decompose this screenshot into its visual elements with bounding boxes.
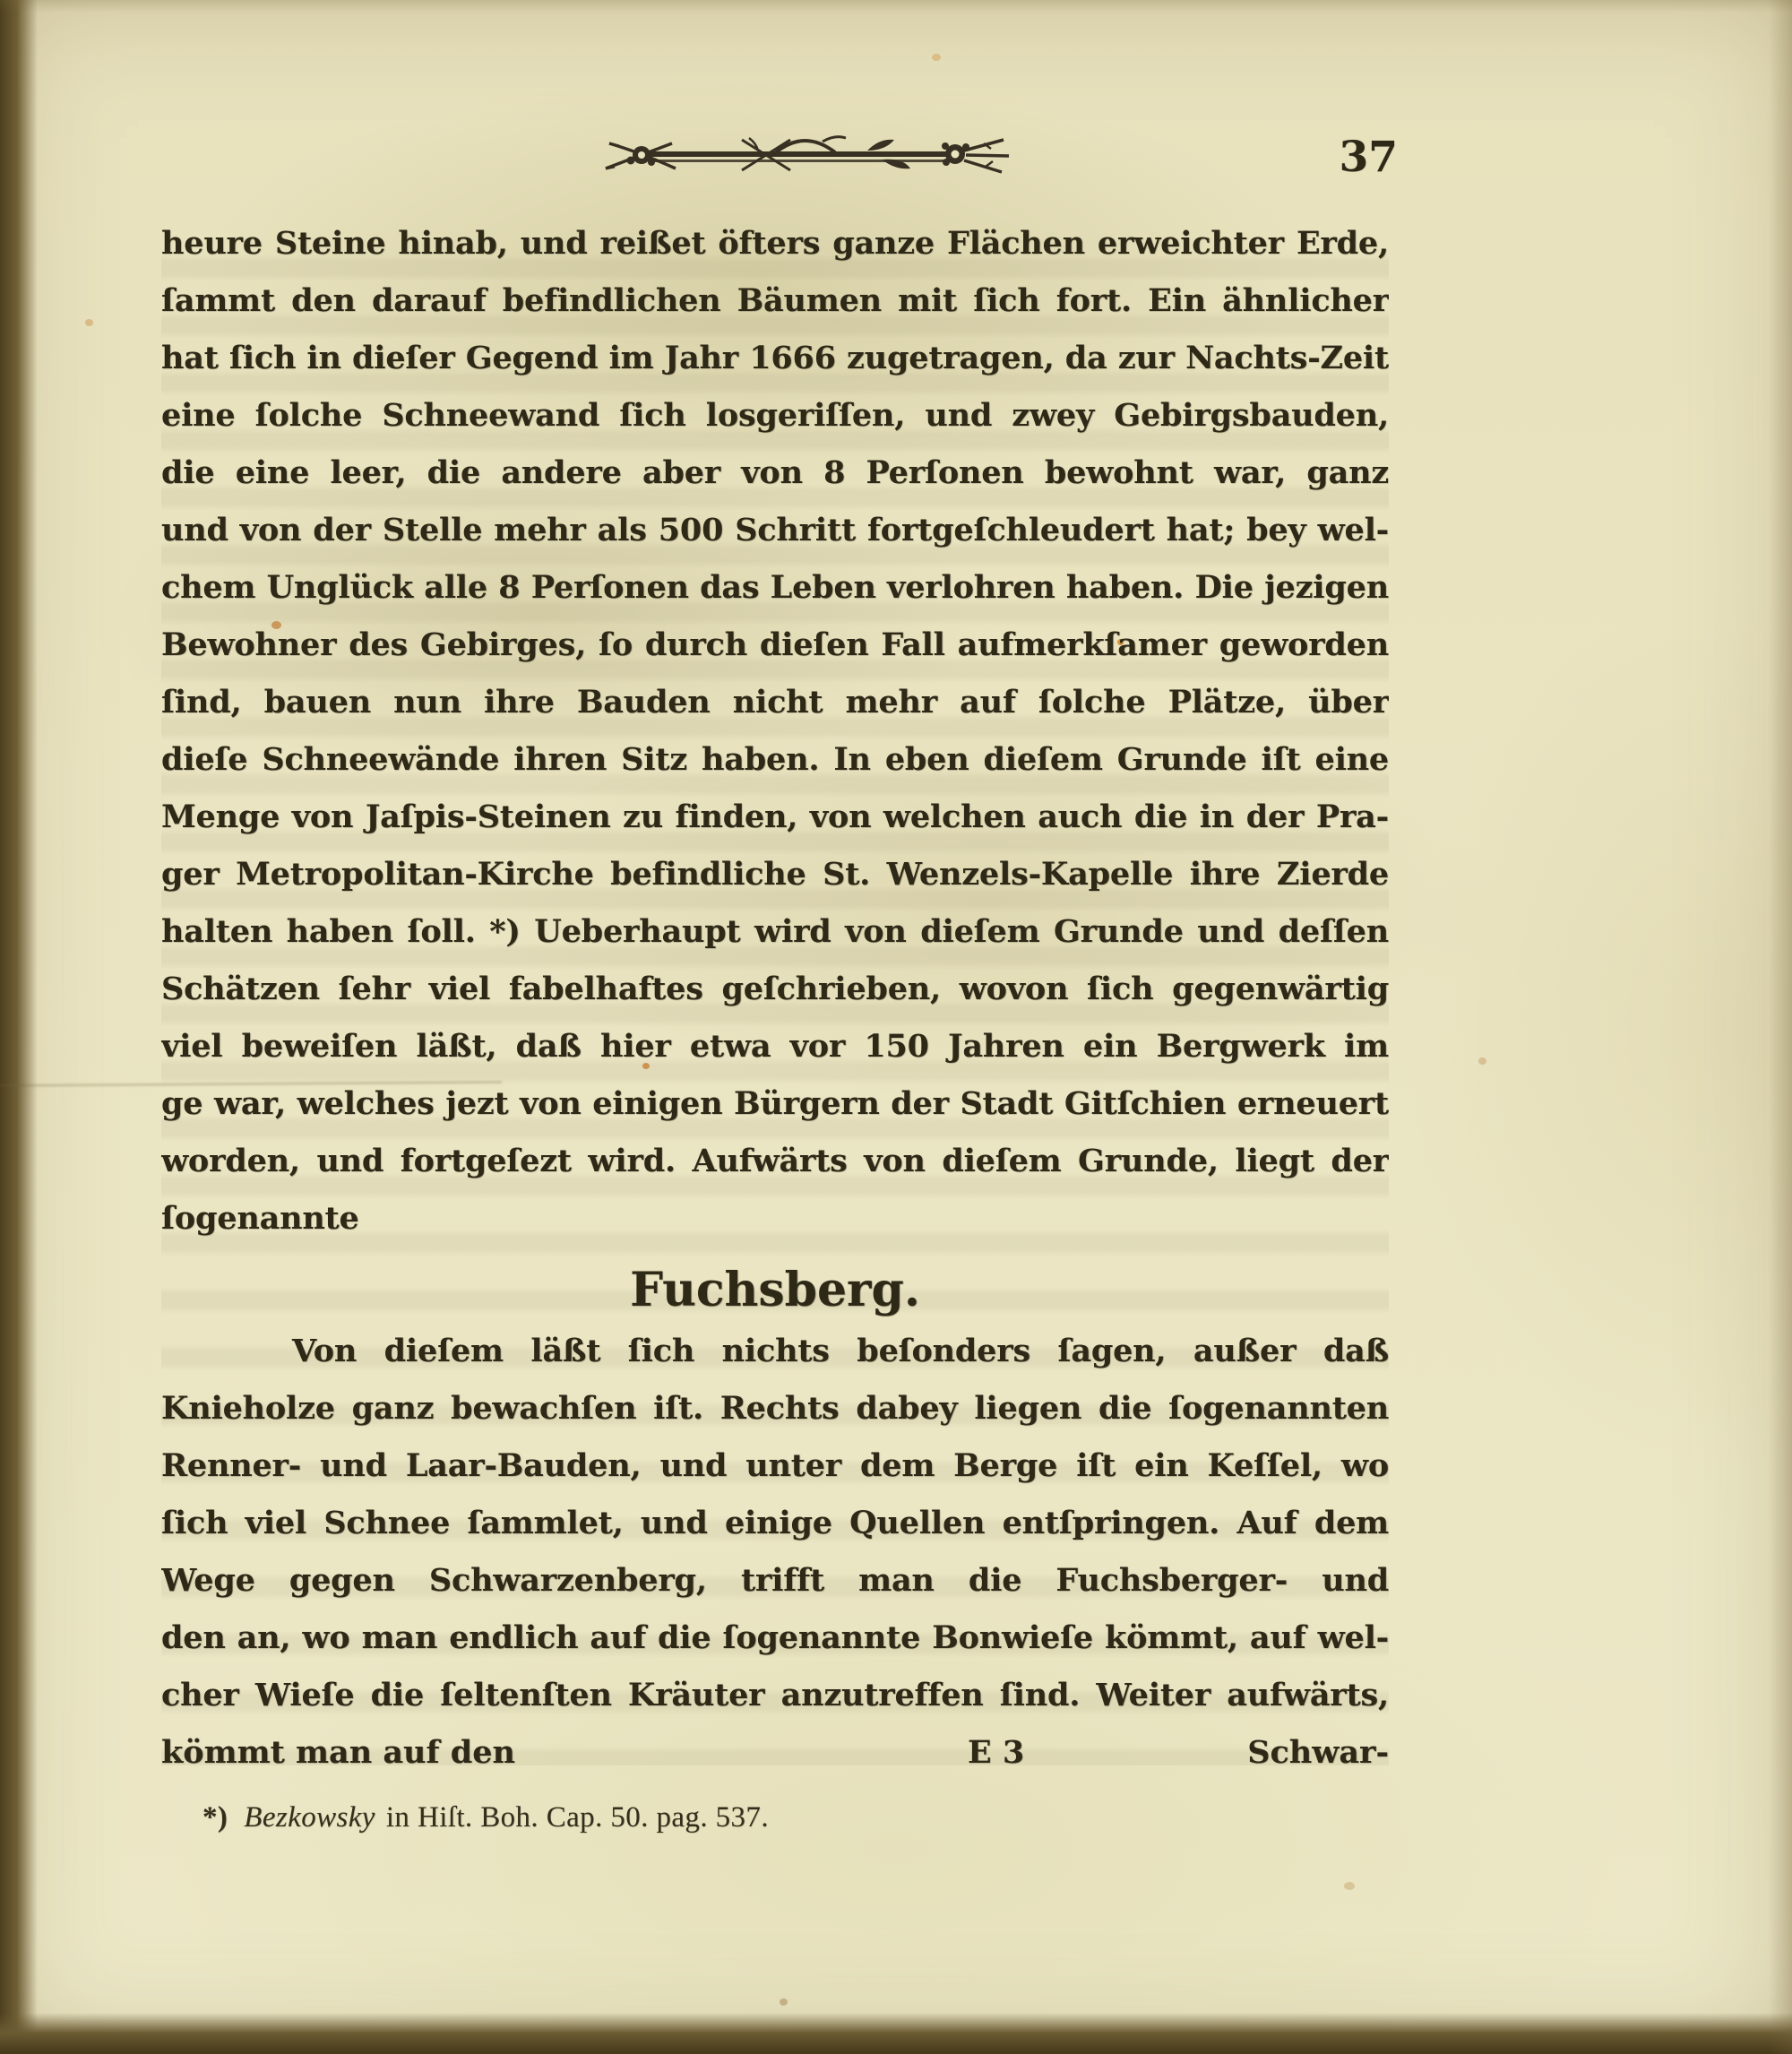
text-line: chem Unglück alle 8 Perſonen das Leben v… bbox=[161, 559, 1389, 617]
book-page: 37 heure Steine hinab, und reißet öfters… bbox=[0, 0, 1792, 2054]
text-line: die eine leer, die andere aber von 8 Per… bbox=[161, 444, 1389, 502]
page-edge-bottom bbox=[0, 2013, 1792, 2054]
paragraph-fuchsberg: Von dieſem läßt ſich nichts beſonders ſa… bbox=[161, 1323, 1389, 1724]
text-line: Renner- und Laar-Bauden, und unter dem B… bbox=[161, 1437, 1389, 1495]
footnote-reference: in Hiſt. Boh. Cap. 50. pag. 537. bbox=[386, 1801, 769, 1834]
foxing-spot bbox=[85, 319, 93, 326]
text-line: ſind, bauen nun ihre Bauden nicht mehr a… bbox=[161, 674, 1389, 731]
text-line: Von dieſem läßt ſich nichts beſonders ſa… bbox=[161, 1323, 1389, 1380]
text-line: Schätzen ſehr viel fabelhaftes geſchrieb… bbox=[161, 961, 1389, 1018]
text-line: worden, und fortgeſezt wird. Aufwärts vo… bbox=[161, 1133, 1389, 1190]
floral-rule-ornament-icon bbox=[599, 133, 1012, 181]
catchword: Schwar- bbox=[1247, 1724, 1389, 1782]
text-line: halten haben ſoll. *) Ueberhaupt wird vo… bbox=[161, 903, 1389, 961]
page-edge-left bbox=[0, 0, 38, 2054]
text-block: heure Steine hinab, und reißet öfters ga… bbox=[161, 215, 1389, 1839]
last-text-row: kömmt man auf den E 3 Schwar- bbox=[161, 1724, 1389, 1782]
last-line-text: kömmt man auf den bbox=[161, 1734, 515, 1771]
page-number: 37 bbox=[1290, 131, 1398, 185]
foxing-spot bbox=[1478, 1057, 1486, 1065]
footnote-author: Bezkowsky bbox=[244, 1801, 375, 1834]
text-line: Menge von Jaſpis-Steinen zu finden, von … bbox=[161, 789, 1389, 846]
text-line: und von der Stelle mehr als 500 Schritt … bbox=[161, 502, 1389, 559]
text-line: den an, wo man endlich auf die ſogenannt… bbox=[161, 1610, 1389, 1667]
text-line: hat ſich in dieſer Gegend im Jahr 1666 z… bbox=[161, 330, 1389, 387]
text-line: eine ſolche Schneewand ſich losgeriſſen,… bbox=[161, 387, 1389, 444]
foxing-spot bbox=[1344, 1882, 1355, 1890]
footnote: *)Bezkowskyin Hiſt. Boh. Cap. 50. pag. 5… bbox=[161, 1796, 1389, 1839]
text-line: dieſe Schneewände ihren Sitz haben. In e… bbox=[161, 731, 1389, 789]
text-line: Bewohner des Gebirges, ſo durch dieſen F… bbox=[161, 617, 1389, 674]
text-line: ſogenannte bbox=[161, 1190, 1389, 1247]
footnote-marker: *) bbox=[202, 1801, 228, 1834]
text-line: cher Wieſe die ſeltenſten Kräuter anzutr… bbox=[161, 1667, 1389, 1724]
text-line: ger Metropolitan-Kirche befindliche St. … bbox=[161, 846, 1389, 903]
text-line: ſammt den darauf befindlichen Bäumen mit… bbox=[161, 272, 1389, 330]
text-line: viel beweiſen läßt, daß hier etwa vor 15… bbox=[161, 1018, 1389, 1075]
foxing-spot bbox=[780, 1998, 788, 2006]
foxing-spot bbox=[932, 54, 941, 61]
paragraph-avalanche-and-jaspis: heure Steine hinab, und reißet öfters ga… bbox=[161, 215, 1389, 1247]
signature-mark: E 3 bbox=[968, 1724, 1024, 1782]
text-line: ge war, welches jezt von einigen Bürgern… bbox=[161, 1075, 1389, 1133]
section-heading-fuchsberg: Fuchsberg. bbox=[161, 1258, 1389, 1323]
text-line: Wege gegen Schwarzenberg, trifft man die… bbox=[161, 1552, 1389, 1610]
text-line: ſich viel Schnee ſammlet, und einige Que… bbox=[161, 1495, 1389, 1552]
text-line: heure Steine hinab, und reißet öfters ga… bbox=[161, 215, 1389, 272]
text-line: Knieholze ganz bewachſen iſt. Rechts dab… bbox=[161, 1380, 1389, 1437]
page-edge-top bbox=[0, 0, 1792, 13]
page-edge-right bbox=[1769, 0, 1792, 2054]
